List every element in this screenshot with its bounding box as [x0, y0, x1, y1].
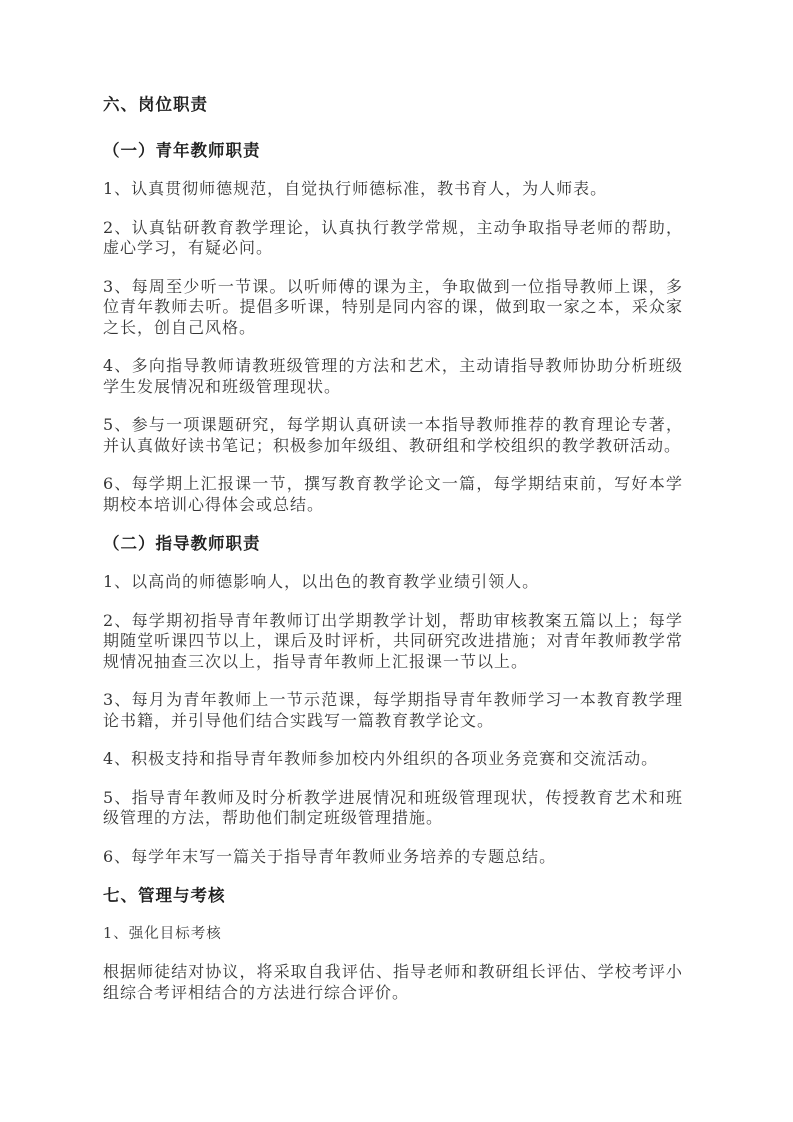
management-paragraph: 根据师徒结对协议，将采取自我评估、指导老师和教研组长评估、学校考评小组综合考评相… [103, 962, 683, 1003]
young-teacher-duty-item: 3、每周至少听一节课。以听师傅的课为主，争取做到一位指导教师上课，多位青年教师去… [103, 277, 683, 339]
young-teacher-duty-item: 4、多向指导教师请教班级管理的方法和艺术，主动请指导教师协助分析班级学生发展情况… [103, 356, 683, 397]
section-heading-duties: 六、岗位职责 [103, 94, 683, 116]
young-teacher-duty-item: 5、参与一项课题研究，每学期认真研读一本指导教师推荐的教育理论专著，并认真做好读… [103, 415, 683, 456]
mentor-teacher-duty-item: 5、指导青年教师及时分析教学进展情况和班级管理现状，传授教育艺术和班级管理的方法… [103, 788, 683, 829]
document-page: 六、岗位职责 （一）青年教师职责 1、认真贯彻师德规范，自觉执行师德标准，教书育… [0, 0, 793, 1122]
mentor-teacher-duty-item: 6、每学年末写一篇关于指导青年教师业务培养的专题总结。 [103, 847, 683, 868]
young-teacher-duty-item: 1、认真贯彻师德规范，自觉执行师德标准，教书育人，为人师表。 [103, 179, 683, 200]
mentor-teacher-duty-item: 1、以高尚的师德影响人，以出色的教育教学业绩引领人。 [103, 572, 683, 593]
mentor-teacher-duty-item: 3、每月为青年教师上一节示范课，每学期指导青年教师学习一本教育教学理论书籍，并引… [103, 690, 683, 731]
mentor-teacher-duty-item: 4、积极支持和指导青年教师参加校内外组织的各项业务竞赛和交流活动。 [103, 749, 683, 770]
mentor-teacher-duty-item: 2、每学期初指导青年教师订出学期教学计划，帮助审核教案五篇以上；每学期随堂听课四… [103, 611, 683, 673]
subsection-heading-young-teachers: （一）青年教师职责 [103, 140, 683, 162]
subsection-heading-mentor-teachers: （二）指导教师职责 [103, 533, 683, 555]
section-heading-management: 七、管理与考核 [103, 885, 683, 907]
young-teacher-duty-item: 2、认真钻研教育教学理论，认真执行教学常规，主动争取指导老师的帮助，虚心学习，有… [103, 218, 683, 259]
management-item-title: 1、强化目标考核 [103, 924, 683, 944]
young-teacher-duty-item: 6、每学期上汇报课一节，撰写教育教学论文一篇，每学期结束前，写好本学期校本培训心… [103, 474, 683, 515]
